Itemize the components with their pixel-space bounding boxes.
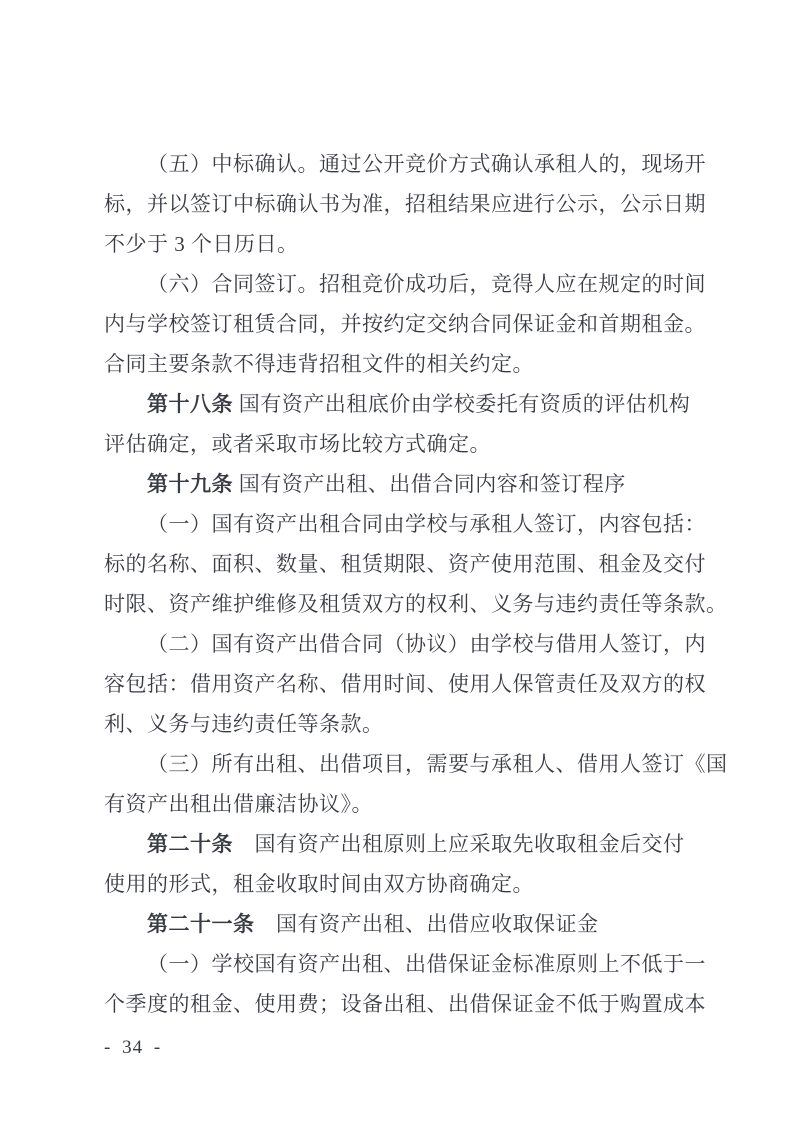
text-line: （五）中标确认。通过公开竞价方式确认承租人的，现场开 bbox=[104, 144, 710, 184]
text-line: 容包括：借用资产名称、借用时间、使用人保管责任及双方的权 bbox=[104, 664, 710, 704]
article-21-label: 第二十一条 bbox=[147, 912, 255, 936]
paragraph-text: 利、义务与违约责任等条款。 bbox=[104, 712, 384, 736]
paragraph-text: 国有资产出租原则上应采取先收取租金后交付 bbox=[233, 832, 685, 856]
article-20-label: 第二十条 bbox=[147, 832, 233, 856]
paragraph-text: （六）合同签订。招租竞价成功后，竞得人应在规定的时间 bbox=[147, 272, 706, 296]
document-body: （五）中标确认。通过公开竞价方式确认承租人的，现场开 标，并以签订中标确认书为准… bbox=[104, 144, 710, 1024]
text-line: 第二十一条 国有资产出租、出借应收取保证金 bbox=[104, 904, 710, 944]
article-19-label: 第十九条 bbox=[147, 472, 233, 496]
paragraph-text: 标，并以签订中标确认书为准，招租结果应进行公示，公示日期 bbox=[104, 192, 706, 216]
article-18-label: 第十八条 bbox=[147, 392, 233, 416]
paragraph-text: 国有资产出租底价由学校委托有资质的评估机构 bbox=[233, 392, 690, 416]
paragraph-text: 使用的形式，租金收取时间由双方协商确定。 bbox=[104, 872, 534, 896]
text-line: 不少于 3 个日历日。 bbox=[104, 224, 710, 264]
paragraph-text: 个季度的租金、使用费；设备出租、出借保证金不低于购置成本 bbox=[104, 992, 706, 1016]
text-line: 评估确定，或者采取市场比较方式确定。 bbox=[104, 424, 710, 464]
paragraph-text: （一）学校国有资产出租、出借保证金标准原则上不低于一 bbox=[147, 952, 706, 976]
page-number: - 34 - bbox=[104, 1036, 161, 1060]
paragraph-text: 评估确定，或者采取市场比较方式确定。 bbox=[104, 432, 491, 456]
paragraph-text: （二）国有资产出借合同（协议）由学校与借用人签订，内 bbox=[147, 632, 706, 656]
paragraph-text: 容包括：借用资产名称、借用时间、使用人保管责任及双方的权 bbox=[104, 672, 706, 696]
text-line: 内与学校签订租赁合同，并按约定交纳合同保证金和首期租金。 bbox=[104, 304, 710, 344]
text-line: 利、义务与违约责任等条款。 bbox=[104, 704, 710, 744]
paragraph-text: （三）所有出租、出借项目，需要与承租人、借用人签订《国 bbox=[147, 752, 728, 776]
text-line: （二）国有资产出借合同（协议）由学校与借用人签订，内 bbox=[104, 624, 710, 664]
paragraph-text: 合同主要条款不得违背招租文件的相关约定。 bbox=[104, 352, 534, 376]
paragraph-text: 国有资产出租、出借应收取保证金 bbox=[255, 912, 599, 936]
text-line: （三）所有出租、出借项目，需要与承租人、借用人签订《国 bbox=[104, 744, 710, 784]
text-line: 第二十条 国有资产出租原则上应采取先收取租金后交付 bbox=[104, 824, 710, 864]
text-line: （六）合同签订。招租竞价成功后，竞得人应在规定的时间 bbox=[104, 264, 710, 304]
paragraph-text: （一）国有资产出租合同由学校与承租人签订，内容包括： bbox=[147, 512, 706, 536]
text-line: 使用的形式，租金收取时间由双方协商确定。 bbox=[104, 864, 710, 904]
text-line: 有资产出租出借廉洁协议》。 bbox=[104, 784, 710, 824]
text-line: 标的名称、面积、数量、租赁期限、资产使用范围、租金及交付 bbox=[104, 544, 710, 584]
text-line: （一）学校国有资产出租、出借保证金标准原则上不低于一 bbox=[104, 944, 710, 984]
text-line: 第十九条 国有资产出租、出借合同内容和签订程序 bbox=[104, 464, 710, 504]
paragraph-text: （五）中标确认。通过公开竞价方式确认承租人的，现场开 bbox=[147, 152, 706, 176]
paragraph-text: 国有资产出租、出借合同内容和签订程序 bbox=[233, 472, 626, 496]
text-line: 个季度的租金、使用费；设备出租、出借保证金不低于购置成本 bbox=[104, 984, 710, 1024]
text-line: 标，并以签订中标确认书为准，招租结果应进行公示，公示日期 bbox=[104, 184, 710, 224]
text-line: 合同主要条款不得违背招租文件的相关约定。 bbox=[104, 344, 710, 384]
paragraph-text: 内与学校签订租赁合同，并按约定交纳合同保证金和首期租金。 bbox=[104, 312, 706, 336]
document-page: （五）中标确认。通过公开竞价方式确认承租人的，现场开 标，并以签订中标确认书为准… bbox=[0, 0, 794, 1123]
paragraph-text: 标的名称、面积、数量、租赁期限、资产使用范围、租金及交付 bbox=[104, 552, 706, 576]
paragraph-text: 时限、资产维护维修及租赁双方的权利、义务与违约责任等条款。 bbox=[104, 592, 728, 616]
text-line: （一）国有资产出租合同由学校与承租人签订，内容包括： bbox=[104, 504, 710, 544]
paragraph-text: 有资产出租出借廉洁协议》。 bbox=[104, 792, 373, 816]
paragraph-text: 不少于 3 个日历日。 bbox=[104, 232, 299, 256]
text-line: 时限、资产维护维修及租赁双方的权利、义务与违约责任等条款。 bbox=[104, 584, 710, 624]
text-line: 第十八条 国有资产出租底价由学校委托有资质的评估机构 bbox=[104, 384, 710, 424]
